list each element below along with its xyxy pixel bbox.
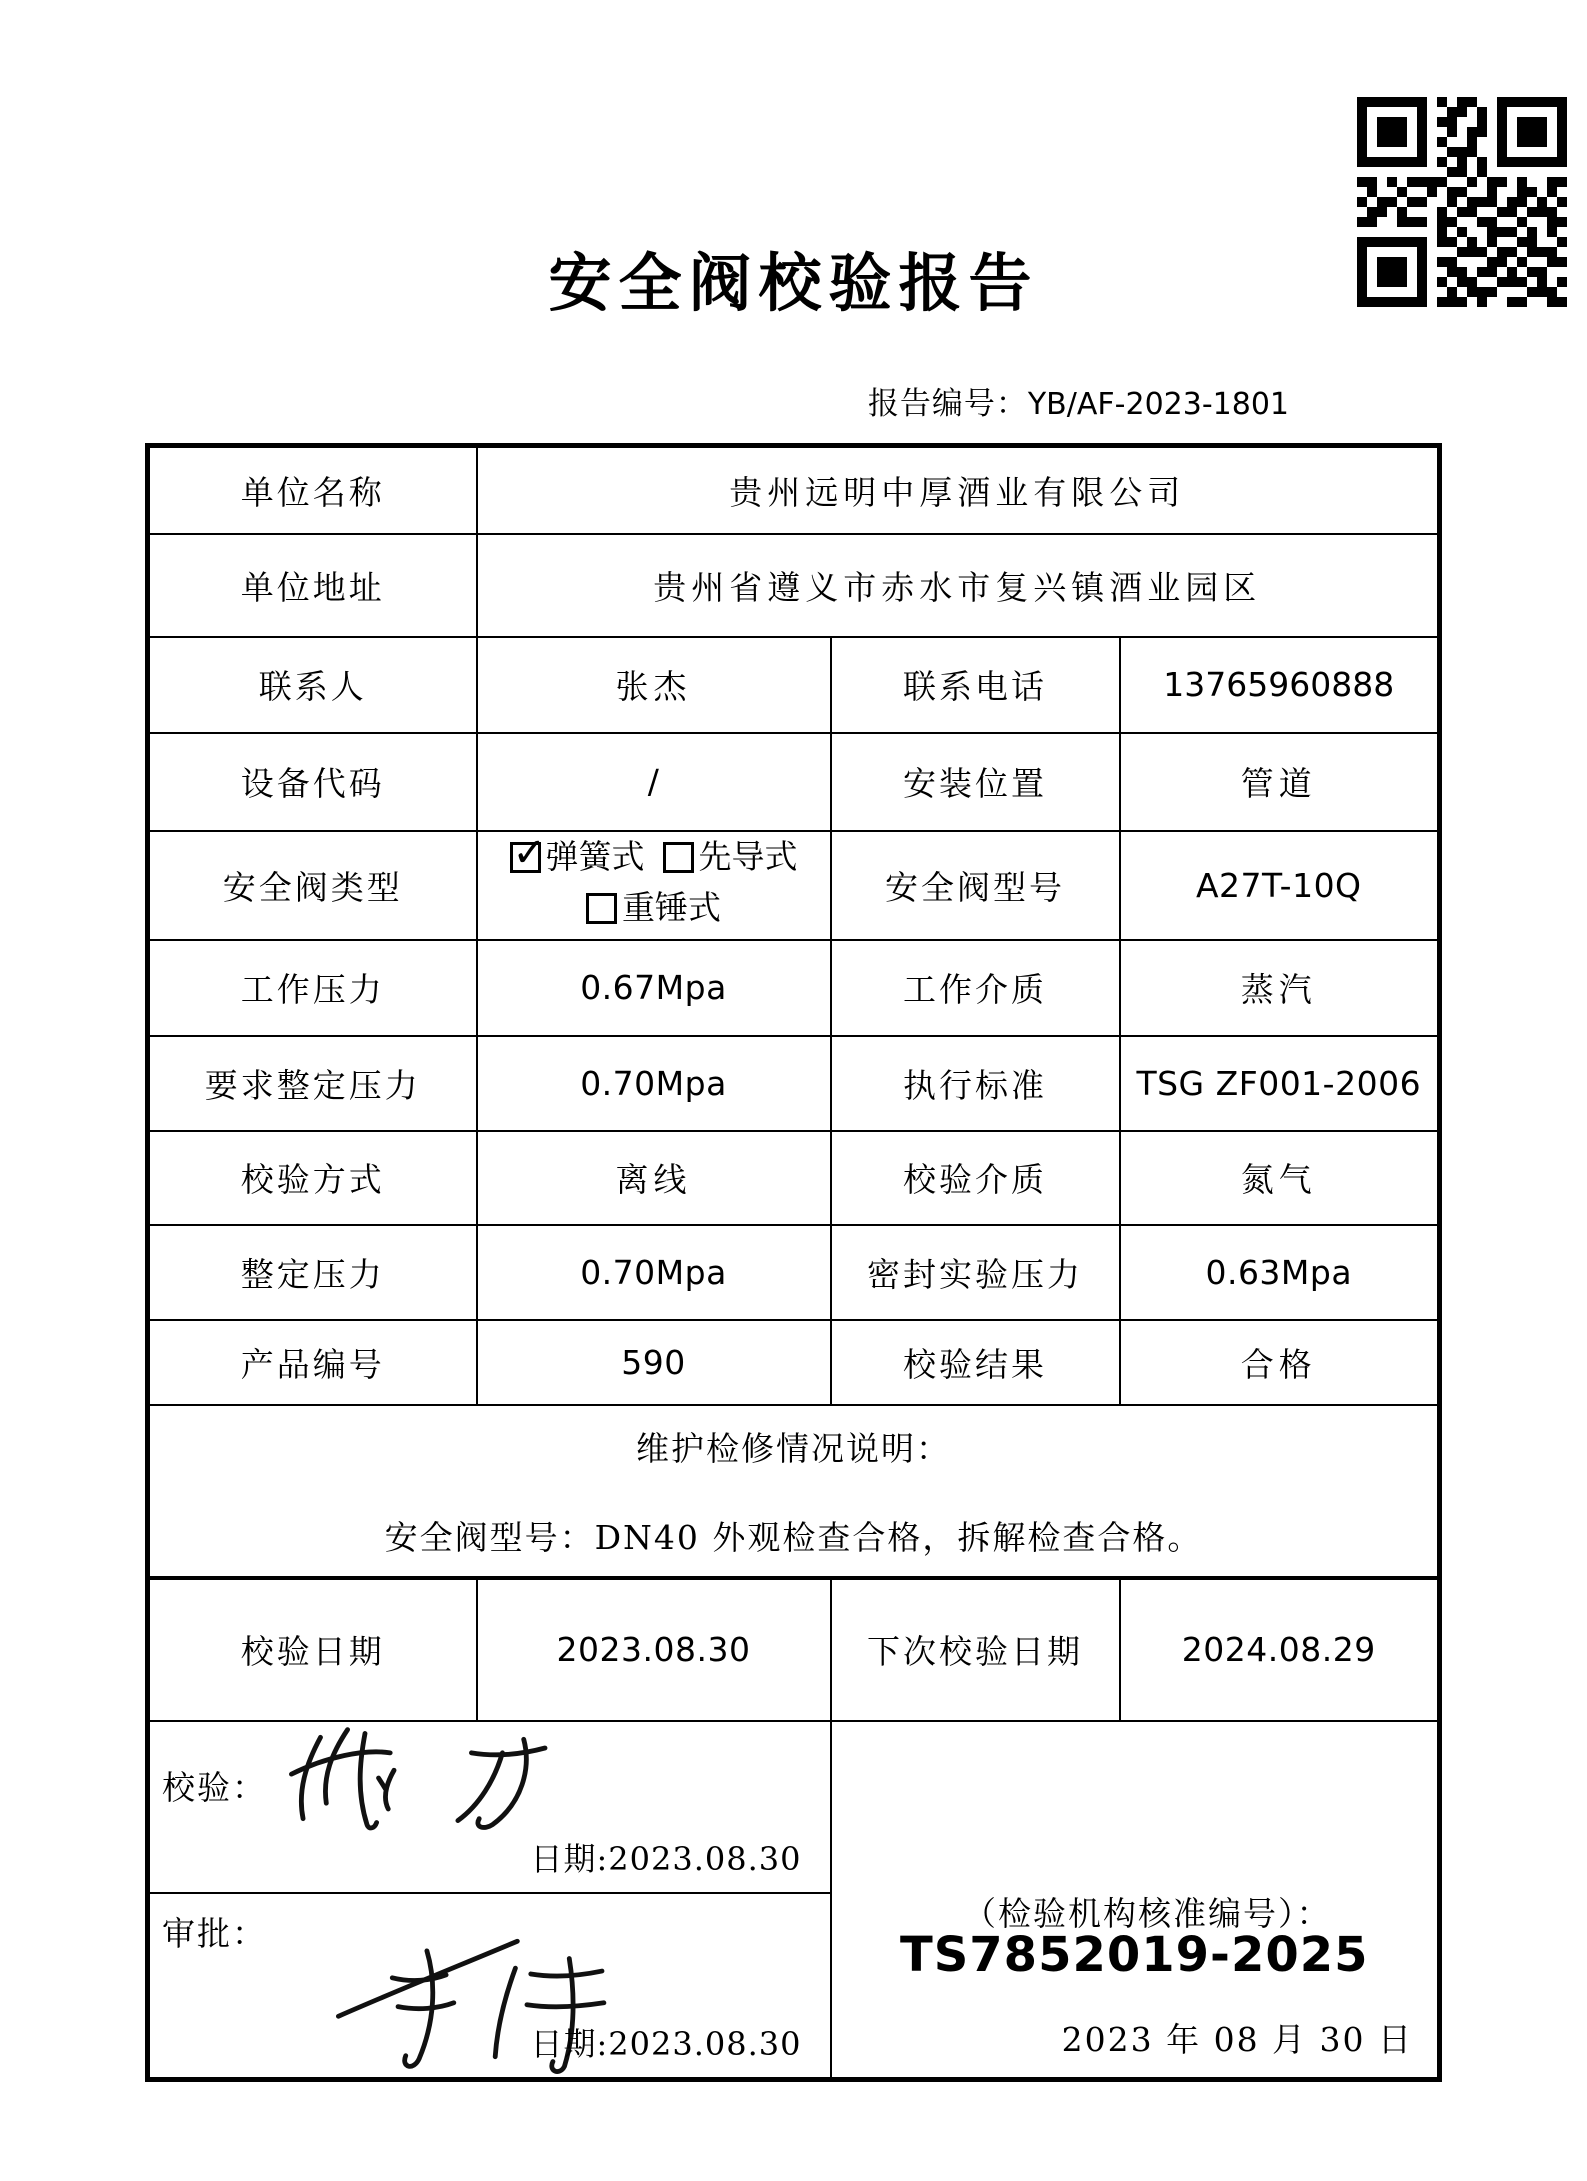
approval-number-cell: （检验机构核准编号）： TS7852019-2025 2023 年 08 月 3… xyxy=(831,1721,1440,2080)
maintenance-note-title: 维护检修情况说明： xyxy=(150,1423,1437,1470)
approver-sign-cell: 审批： 日期:2023.08.30 xyxy=(148,1893,831,2080)
phone-value: 13765960888 xyxy=(1120,637,1440,733)
valve-type-options: ✓弹簧式先导式 重锤式 xyxy=(477,831,831,940)
unit-name-value: 贵州远明中厚酒业有限公司 xyxy=(477,446,1440,534)
valve-type-option: 重锤式 xyxy=(586,885,721,931)
contact-label: 联系人 xyxy=(148,637,477,733)
valve-type-line2: 重锤式 xyxy=(478,885,830,936)
report-number-label: 报告编号： xyxy=(868,386,1028,422)
row-device-code: 设备代码 / 安装位置 管道 xyxy=(148,733,1440,831)
calibration-medium-value: 氮气 xyxy=(1120,1131,1440,1225)
device-code-label: 设备代码 xyxy=(148,733,477,831)
valve-type-option-label: 先导式 xyxy=(699,834,798,880)
row-calibration-method: 校验方式 离线 校验介质 氮气 xyxy=(148,1131,1440,1225)
set-pressure-label: 整定压力 xyxy=(148,1225,477,1320)
maintenance-note-text: 安全阀型号：DN40 外观检查合格，拆解检查合格。 xyxy=(150,1512,1437,1559)
product-number-value: 590 xyxy=(477,1320,831,1405)
report-number-value: YB/AF-2023-1801 xyxy=(1028,387,1289,422)
report-table: 单位名称 贵州远明中厚酒业有限公司 单位地址 贵州省遵义市赤水市复兴镇酒业园区 … xyxy=(145,443,1442,2082)
calibration-method-label: 校验方式 xyxy=(148,1131,477,1225)
seal-test-pressure-label: 密封实验压力 xyxy=(831,1225,1120,1320)
row-unit-name: 单位名称 贵州远明中厚酒业有限公司 xyxy=(148,446,1440,534)
report-number: 报告编号：YB/AF-2023-1801 xyxy=(868,378,1289,423)
result-value: 合格 xyxy=(1120,1320,1440,1405)
valve-type-option-label: 重锤式 xyxy=(622,885,721,931)
page-title: 安全阀校验报告 xyxy=(0,233,1587,324)
approver-date: 日期:2023.08.30 xyxy=(530,2019,801,2065)
required-set-pressure-label: 要求整定压力 xyxy=(148,1036,477,1131)
standard-value: TSG ZF001-2006 xyxy=(1120,1036,1440,1131)
working-pressure-label: 工作压力 xyxy=(148,940,477,1036)
standard-label: 执行标准 xyxy=(831,1036,1120,1131)
valve-model-value: A27T-10Q xyxy=(1120,831,1440,940)
seal-test-pressure-value: 0.63Mpa xyxy=(1120,1225,1440,1320)
safety-valve-report-page: 安全阀校验报告 报告编号：YB/AF-2023-1801 单位名称 贵州远明中厚… xyxy=(0,0,1587,2181)
valve-type-option-label: 弹簧式 xyxy=(546,834,645,880)
phone-label: 联系电话 xyxy=(831,637,1120,733)
product-number-label: 产品编号 xyxy=(148,1320,477,1405)
checkbox-empty-icon xyxy=(586,893,617,924)
device-code-value: / xyxy=(477,733,831,831)
approval-number-value: TS7852019-2025 xyxy=(832,1927,1438,1983)
row-contact: 联系人 张杰 联系电话 13765960888 xyxy=(148,637,1440,733)
unit-address-value: 贵州省遵义市赤水市复兴镇酒业园区 xyxy=(477,534,1440,637)
approver-label: 审批： xyxy=(162,1908,267,1955)
row-unit-address: 单位地址 贵州省遵义市赤水市复兴镇酒业园区 xyxy=(148,534,1440,637)
row-valve-type: 安全阀类型 ✓弹簧式先导式 重锤式 安全阀型号 A27T-10Q xyxy=(148,831,1440,940)
row-product-number: 产品编号 590 校验结果 合格 xyxy=(148,1320,1440,1405)
unit-name-label: 单位名称 xyxy=(148,446,477,534)
row-working-pressure: 工作压力 0.67Mpa 工作介质 蒸汽 xyxy=(148,940,1440,1036)
contact-value: 张杰 xyxy=(477,637,831,733)
install-location-value: 管道 xyxy=(1120,733,1440,831)
valve-type-option: 先导式 xyxy=(663,834,798,880)
issue-date: 2023 年 08 月 30 日 xyxy=(1062,2014,1413,2061)
maintenance-note: 维护检修情况说明： 安全阀型号：DN40 外观检查合格，拆解检查合格。 xyxy=(148,1405,1440,1578)
valve-type-option: ✓弹簧式 xyxy=(510,834,645,880)
checkbox-empty-icon xyxy=(663,842,694,873)
row-required-set-pressure: 要求整定压力 0.70Mpa 执行标准 TSG ZF001-2006 xyxy=(148,1036,1440,1131)
row-calibration-dates: 校验日期 2023.08.30 下次校验日期 2024.08.29 xyxy=(148,1578,1440,1721)
calibrator-label: 校验： xyxy=(162,1762,267,1809)
next-calibration-date-value: 2024.08.29 xyxy=(1120,1578,1440,1721)
valve-model-label: 安全阀型号 xyxy=(831,831,1120,940)
calibrator-date: 日期:2023.08.30 xyxy=(530,1834,801,1880)
working-pressure-value: 0.67Mpa xyxy=(477,940,831,1036)
working-medium-label: 工作介质 xyxy=(831,940,1120,1036)
result-label: 校验结果 xyxy=(831,1320,1120,1405)
install-location-label: 安装位置 xyxy=(831,733,1120,831)
calibration-date-label: 校验日期 xyxy=(148,1578,477,1721)
row-calibrator-sign: 校验： 日期:2023.08.30 （检验机构 xyxy=(148,1721,1440,1893)
working-medium-value: 蒸汽 xyxy=(1120,940,1440,1036)
row-set-pressure: 整定压力 0.70Mpa 密封实验压力 0.63Mpa xyxy=(148,1225,1440,1320)
calibrator-signature xyxy=(270,1718,580,1838)
calibration-medium-label: 校验介质 xyxy=(831,1131,1120,1225)
next-calibration-date-label: 下次校验日期 xyxy=(831,1578,1120,1721)
valve-type-label: 安全阀类型 xyxy=(148,831,477,940)
calibration-date-value: 2023.08.30 xyxy=(477,1578,831,1721)
valve-type-line1: ✓弹簧式先导式 xyxy=(478,834,830,885)
row-maintenance-note: 维护检修情况说明： 安全阀型号：DN40 外观检查合格，拆解检查合格。 xyxy=(148,1405,1440,1578)
calibrator-sign-cell: 校验： 日期:2023.08.30 xyxy=(148,1721,831,1893)
required-set-pressure-value: 0.70Mpa xyxy=(477,1036,831,1131)
unit-address-label: 单位地址 xyxy=(148,534,477,637)
set-pressure-value: 0.70Mpa xyxy=(477,1225,831,1320)
checkbox-checked-icon: ✓ xyxy=(510,842,541,873)
calibration-method-value: 离线 xyxy=(477,1131,831,1225)
